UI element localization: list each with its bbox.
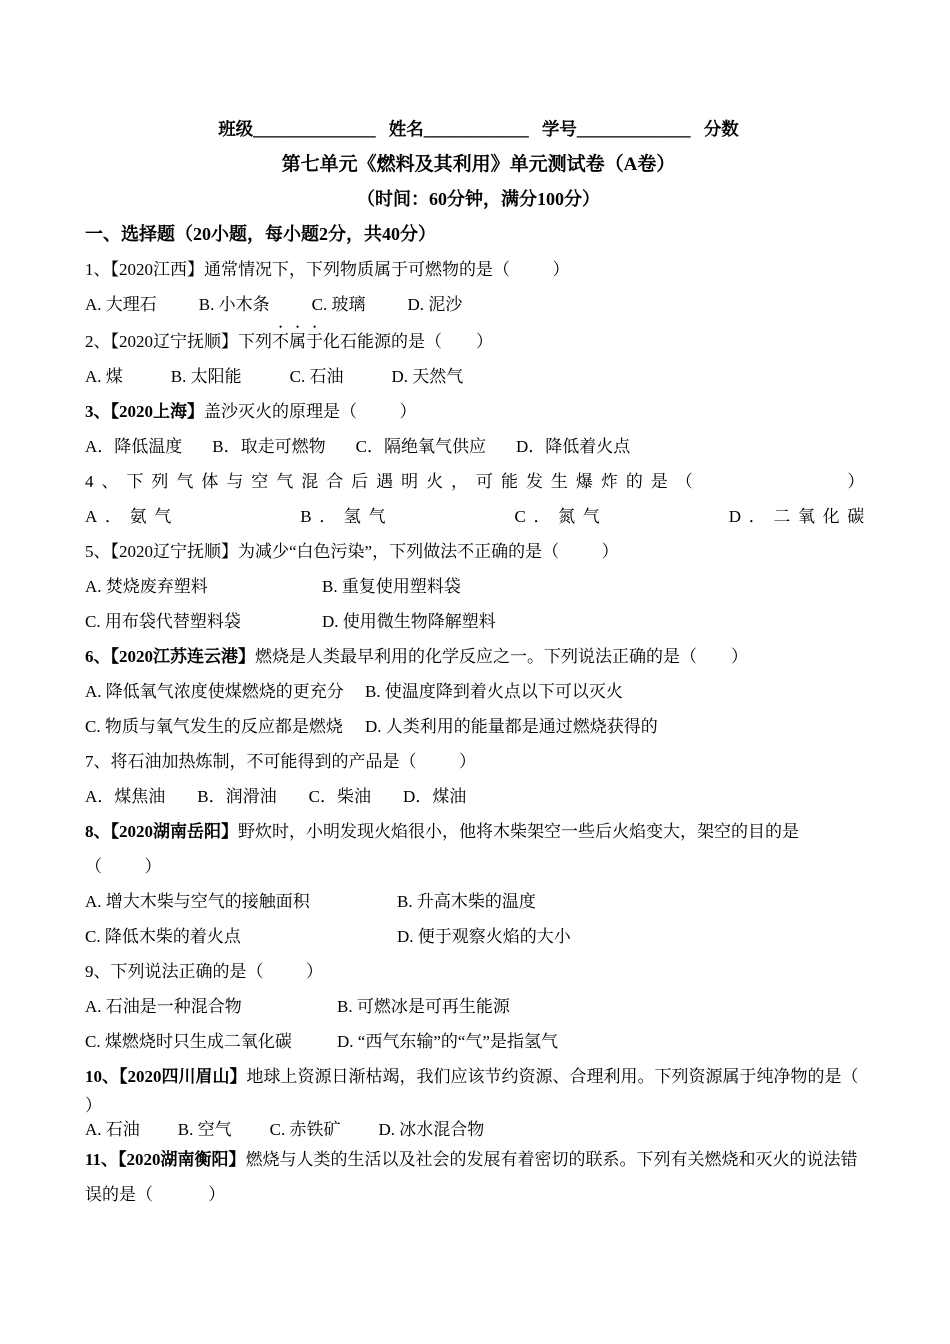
question-11: 11、【2020湖南衡阳】燃烧与人类的生活以及社会的发展有着密切的联系。下列有关…	[85, 1142, 872, 1212]
q10-option-A: A. 石油	[85, 1118, 140, 1142]
question-2-text-line: 2、【2020辽宁抚顺】下列不属于化石能源的是（ ）	[85, 322, 872, 359]
question-6: 6、【2020江苏连云港】燃烧是人类最早利用的化学反应之一。下列说法正确的是（ …	[85, 639, 872, 744]
q6-option-A: A. 降低氧气浓度使煤燃烧的更充分	[85, 674, 365, 709]
question-10-text-line: 10、【2020四川眉山】地球上资源日渐枯竭，我们应该节约资源、合理利用。下列资…	[85, 1059, 872, 1094]
question-4: 4、下列气体与空气混合后遇明火，可能发生爆炸的是（ ）A．氨气B．氢气C．氮气D…	[85, 464, 872, 534]
q1-option-B: B. 小木条	[199, 287, 270, 322]
test-paper-page: 班级______________ 姓名____________ 学号______…	[0, 0, 950, 1344]
q1-option-C: C. 玻璃	[312, 287, 366, 322]
q7-option-B: B．润滑油	[197, 779, 276, 814]
question-11-text-line: 11、【2020湖南衡阳】燃烧与人类的生活以及社会的发展有着密切的联系。下列有关…	[85, 1142, 872, 1177]
question-5-text-line: 5、【2020辽宁抚顺】为减少“白色污染”，下列做法不正确的是（ ）	[85, 534, 872, 569]
q4-option-C: C．氮气	[515, 499, 608, 534]
q6-text-segment: 6、【2020江苏连云港】	[85, 647, 255, 666]
question-5-options-line: A. 焚烧废弃塑料B. 重复使用塑料袋	[85, 569, 872, 604]
question-9-options-line: C. 煤燃烧时只生成二氧化碳D. “西气东输”的“气”是指氢气	[85, 1024, 872, 1059]
q3-option-D: D．降低着火点	[516, 429, 630, 464]
q6-option-D: D. 人类利用的能量都是通过燃烧获得的	[365, 709, 658, 744]
question-9-text-line: 9、下列说法正确的是（ ）	[85, 954, 872, 989]
q2-text-segment: 化石能源的是（ ）	[323, 332, 493, 351]
question-3-text-line: 3、【2020上海】盖沙灭火的原理是（ ）	[85, 394, 872, 429]
q10-option-C: C. 赤铁矿	[270, 1118, 341, 1142]
q1-text-segment: 1、【2020江西】通常情况下，下列物质属于可燃物的是（ ）	[85, 260, 570, 279]
q1-option-D: D. 泥沙	[407, 287, 462, 322]
question-11-text-line: 误的是（ ）	[85, 1177, 872, 1212]
question-2: 2、【2020辽宁抚顺】下列不属于化石能源的是（ ）A. 煤B. 太阳能C. 石…	[85, 322, 872, 394]
q10-text-segment: 10、【2020四川眉山】	[85, 1067, 247, 1086]
question-6-text-line: 6、【2020江苏连云港】燃烧是人类最早利用的化学反应之一。下列说法正确的是（ …	[85, 639, 872, 674]
q10-option-D: D. 冰水混合物	[378, 1118, 484, 1142]
q10-option-B: B. 空气	[178, 1118, 232, 1142]
q11-text-segment: 误的是（ ）	[85, 1185, 225, 1204]
q8-option-B: B. 升高木柴的温度	[397, 884, 536, 919]
question-1: 1、【2020江西】通常情况下，下列物质属于可燃物的是（ ）A. 大理石B. 小…	[85, 252, 872, 322]
q3-text-segment: 3、【2020上海】	[85, 402, 204, 421]
q6-option-C: C. 物质与氧气发生的反应都是燃烧	[85, 709, 365, 744]
question-4-options-line: A．氨气B．氢气C．氮气D．二氧化碳	[85, 499, 872, 534]
q5-text-segment: 5、【2020辽宁抚顺】为减少“白色污染”，下列做法不正确的是（ ）	[85, 542, 619, 561]
q8-option-D: D. 便于观察火焰的大小	[397, 919, 571, 954]
question-10: 10、【2020四川眉山】地球上资源日渐枯竭，我们应该节约资源、合理利用。下列资…	[85, 1059, 872, 1142]
q11-text-segment: 燃烧与人类的生活以及社会的发展有着密切的联系。下列有关燃烧和灭火的说法错	[246, 1150, 858, 1169]
q9-option-A: A. 石油是一种混合物	[85, 989, 337, 1024]
q4-option-D: D．二氧化碳	[729, 499, 872, 534]
q4-option-A: A．氨气	[85, 499, 179, 534]
question-1-text-line: 1、【2020江西】通常情况下，下列物质属于可燃物的是（ ）	[85, 252, 872, 287]
q2-option-B: B. 太阳能	[171, 359, 242, 394]
q3-option-A: A．降低温度	[85, 429, 182, 464]
question-1-options-line: A. 大理石B. 小木条C. 玻璃D. 泥沙	[85, 287, 872, 322]
q10-text-segment: 地球上资源日渐枯竭，我们应该节约资源、合理利用。下列资源属于纯净物的是（	[247, 1067, 859, 1086]
q4-option-B: B．氢气	[300, 499, 393, 534]
question-6-options-line: A. 降低氧气浓度使煤燃烧的更充分B. 使温度降到着火点以下可以灭火	[85, 674, 872, 709]
question-8-options-line: C. 降低木柴的着火点D. 便于观察火焰的大小	[85, 919, 872, 954]
q9-text-segment: 9、下列说法正确的是（ ）	[85, 962, 323, 981]
question-6-options-line: C. 物质与氧气发生的反应都是燃烧D. 人类利用的能量都是通过燃烧获得的	[85, 709, 872, 744]
q3-option-B: B．取走可燃物	[212, 429, 325, 464]
q5-option-B: B. 重复使用塑料袋	[322, 569, 461, 604]
question-7: 7、将石油加热炼制，不可能得到的产品是（ ）A．煤焦油B．润滑油C．柴油D．煤油	[85, 744, 872, 814]
q2-option-D: D. 天然气	[391, 359, 463, 394]
q11-text-segment: 11、【2020湖南衡阳】	[85, 1150, 246, 1169]
q7-text-segment: 7、将石油加热炼制，不可能得到的产品是（ ）	[85, 752, 476, 771]
q7-option-A: A．煤焦油	[85, 779, 165, 814]
q9-option-B: B. 可燃冰是可再生能源	[337, 989, 510, 1024]
paper-title: 第七单元《燃料及其利用》单元测试卷（A卷）	[85, 147, 872, 182]
question-8: 8、【2020湖南岳阳】野炊时，小明发现火焰很小，他将木柴架空一些后火焰变大，架…	[85, 814, 872, 954]
question-8-text-line: （ ）	[85, 849, 872, 884]
q5-option-C: C. 用布袋代替塑料袋	[85, 604, 322, 639]
question-9: 9、下列说法正确的是（ ）A. 石油是一种混合物B. 可燃冰是可再生能源C. 煤…	[85, 954, 872, 1059]
q8-text-segment: （ ）	[85, 857, 162, 876]
q7-option-D: D．煤油	[403, 779, 466, 814]
q8-text-segment: 野炊时，小明发现火焰很小，他将木柴架空一些后火焰变大，架空的目的是	[238, 822, 799, 841]
question-7-options-line: A．煤焦油B．润滑油C．柴油D．煤油	[85, 779, 872, 814]
question-10-options-line: A. 石油B. 空气C. 赤铁矿D. 冰水混合物	[85, 1118, 872, 1142]
q6-text-segment: 燃烧是人类最早利用的化学反应之一。下列说法正确的是（ ）	[255, 647, 748, 666]
q5-option-A: A. 焚烧废弃塑料	[85, 569, 322, 604]
q3-option-C: C．隔绝氧气供应	[356, 429, 486, 464]
student-info-line: 班级______________ 姓名____________ 学号______…	[85, 112, 872, 147]
questions-list: 1、【2020江西】通常情况下，下列物质属于可燃物的是（ ）A. 大理石B. 小…	[85, 252, 872, 1212]
q2-emphasized-text: 不属于	[272, 332, 323, 351]
q6-option-B: B. 使温度降到着火点以下可以灭火	[365, 674, 623, 709]
section-heading: 一、选择题（20小题，每小题2分，共40分）	[85, 217, 872, 252]
question-4-text-line: 4、下列气体与空气混合后遇明火，可能发生爆炸的是（ ）	[85, 464, 872, 499]
q3-text-segment: 盖沙灭火的原理是（ ）	[204, 402, 417, 421]
question-3: 3、【2020上海】盖沙灭火的原理是（ ）A．降低温度B．取走可燃物C．隔绝氧气…	[85, 394, 872, 464]
question-3-options-line: A．降低温度B．取走可燃物C．隔绝氧气供应D．降低着火点	[85, 429, 872, 464]
question-8-options-line: A. 增大木柴与空气的接触面积B. 升高木柴的温度	[85, 884, 872, 919]
question-8-text-line: 8、【2020湖南岳阳】野炊时，小明发现火焰很小，他将木柴架空一些后火焰变大，架…	[85, 814, 872, 849]
time-score-line: （时间：60分钟，满分100分）	[85, 182, 872, 217]
question-10-text-line: ）	[85, 1094, 872, 1118]
q7-option-C: C．柴油	[309, 779, 371, 814]
q8-text-segment: 8、【2020湖南岳阳】	[85, 822, 238, 841]
question-9-options-line: A. 石油是一种混合物B. 可燃冰是可再生能源	[85, 989, 872, 1024]
question-2-options-line: A. 煤B. 太阳能C. 石油D. 天然气	[85, 359, 872, 394]
question-5-options-line: C. 用布袋代替塑料袋D. 使用微生物降解塑料	[85, 604, 872, 639]
q5-option-D: D. 使用微生物降解塑料	[322, 604, 496, 639]
q2-option-A: A. 煤	[85, 359, 123, 394]
q1-option-A: A. 大理石	[85, 287, 157, 322]
q9-option-D: D. “西气东输”的“气”是指氢气	[337, 1024, 558, 1059]
question-7-text-line: 7、将石油加热炼制，不可能得到的产品是（ ）	[85, 744, 872, 779]
q2-text-segment: 2、【2020辽宁抚顺】下列	[85, 332, 272, 351]
q2-option-C: C. 石油	[290, 359, 344, 394]
q8-option-A: A. 增大木柴与空气的接触面积	[85, 884, 397, 919]
q10-text-segment: ）	[85, 1096, 102, 1115]
q9-option-C: C. 煤燃烧时只生成二氧化碳	[85, 1024, 337, 1059]
question-5: 5、【2020辽宁抚顺】为减少“白色污染”，下列做法不正确的是（ ）A. 焚烧废…	[85, 534, 872, 639]
q8-option-C: C. 降低木柴的着火点	[85, 919, 397, 954]
q4-text-segment: 4、下列气体与空气混合后遇明火，可能发生爆炸的是（ ）	[85, 472, 872, 491]
